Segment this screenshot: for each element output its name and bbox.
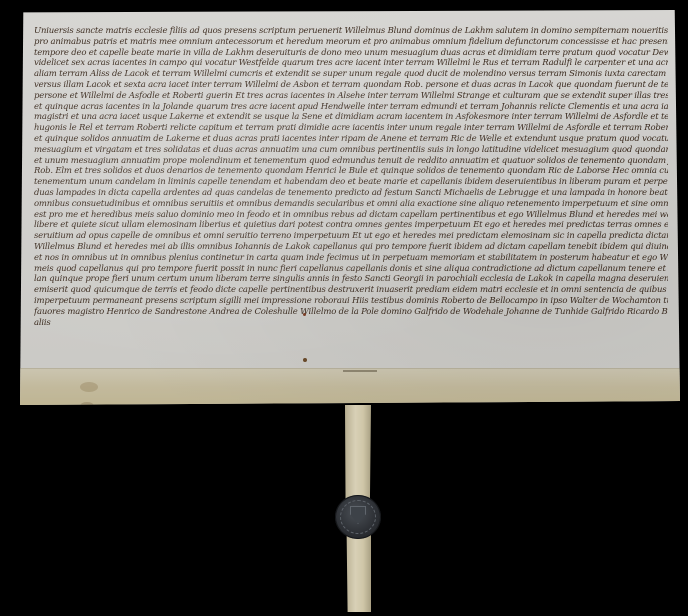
text-line: libere et quiete sicut ullam elemosinam … [34, 220, 668, 231]
stain [80, 382, 98, 392]
text-line: hugonis le Rel et terram Roberti relicte… [34, 123, 668, 134]
text-line: Willelmus Blund et heredes mei ab illis … [34, 242, 668, 253]
text-line: et quinque acras iacentes in la Jolande … [34, 102, 668, 113]
text-line: seruitium ad opus capelle de omnibus et … [34, 231, 668, 242]
wax-seal [335, 495, 381, 539]
text-line: lan quinque prope fieri unum certum unum… [34, 274, 668, 285]
charter-parchment: Uniuersis sancte matris ecclesie filiis … [20, 10, 680, 405]
text-line: fauores magistro Henrico de Sandrestone … [34, 307, 668, 318]
text-line: persone et Willelmi de Asfodle et Robert… [34, 91, 668, 102]
text-line: Rob. Elm et tres solidos et duos denario… [34, 166, 668, 177]
stain [80, 402, 94, 410]
text-line: aliam terram Aliss de Lacok et terram Wi… [34, 69, 668, 80]
text-line: meis quod capellanus qui pro tempore fue… [34, 264, 668, 275]
text-line: mesuagium et virgatam et tres solidatas … [34, 145, 668, 156]
text-line: duas lampades in dicta capella ardentes … [34, 188, 668, 199]
text-line: videlicet sex acras iacentes in campo qu… [34, 58, 668, 69]
text-line: tempore deo et capelle beate marie in vi… [34, 48, 668, 59]
text-line: et quinque solidos annuatim de Lakerne e… [34, 134, 668, 145]
parchment-turnup-fold [20, 368, 680, 406]
text-line: magistri et una acra iacet usque Lakerne… [34, 112, 668, 123]
text-line: pro animabus patris et matris mee omnium… [34, 37, 668, 48]
text-line: et unum mesuagium annuatim prope molendi… [34, 156, 668, 167]
text-line: omnibus consuetudinibus et omnibus serui… [34, 199, 668, 210]
text-line: aliis [34, 318, 668, 329]
ink-spot [303, 358, 307, 362]
text-line: imperpetuum permaneant presens scriptum … [34, 296, 668, 307]
text-line: et nos in omnibus ut in omnibus plenius … [34, 253, 668, 264]
text-line: emiserit quod quicumque de terris et feo… [34, 285, 668, 296]
ink-spot [303, 313, 306, 316]
text-line: Uniuersis sancte matris ecclesie filiis … [34, 26, 668, 37]
text-line: est pro me et heredibus meis saluo domin… [34, 210, 668, 221]
seal-tag-slit [343, 370, 377, 372]
text-line: tenementum unum candelam in liminis cape… [34, 177, 668, 188]
charter-text: Uniuersis sancte matris ecclesie filiis … [34, 26, 668, 328]
text-line: versus illam Lacok et sexta acra iacet i… [34, 80, 668, 91]
